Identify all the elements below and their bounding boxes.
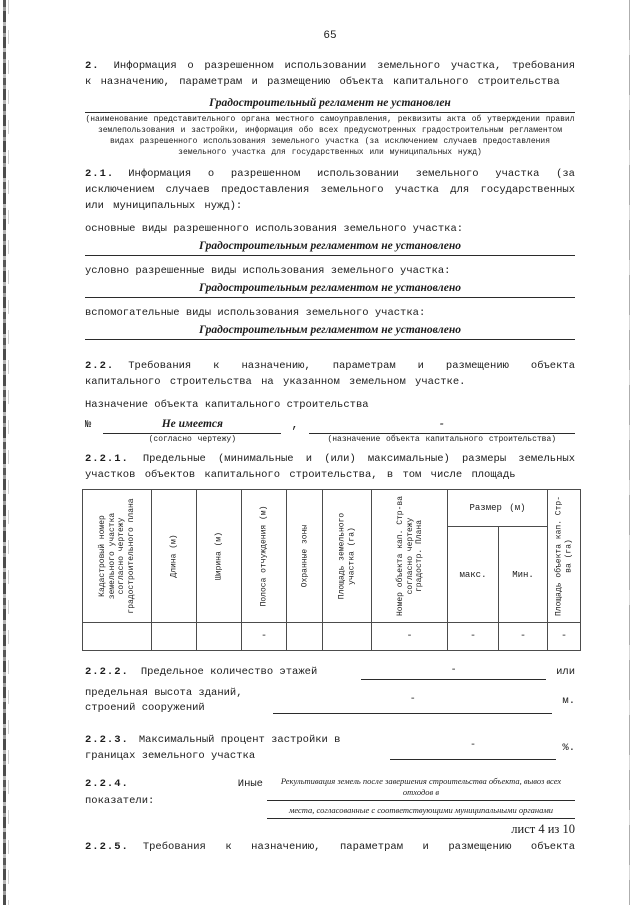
land-plot-limits-table: Кадастровый номер земельного участка сог… [82,489,581,651]
cell-object-area: - [548,623,581,651]
header-cadastre-number: Кадастровый номер земельного участка сог… [83,490,152,623]
height-value-field: - [273,686,552,714]
section-2-2-number: 2.2. [85,360,114,372]
use-value: Градостроительным регламентом не установ… [85,281,575,298]
section-2-number: 2. [85,60,100,72]
section-2-1-text: Информация о разрешенном использовании з… [85,168,575,212]
header-size-group: Размер (м) [448,490,548,527]
section-2-2-1-paragraph: 2.2.1.Предельные (минимальные и (или) ма… [85,451,575,483]
section-2-2-4-number: 2.2.4. [85,776,129,793]
section-2-2-1-number: 2.2.1. [85,453,129,465]
purpose-number-field: Не имеется (согласно чертежу) [103,417,281,445]
comma-separator: , [291,417,298,433]
header-length: Длина (м) [152,490,197,623]
storeys-label: Предельное количество этажей [141,664,317,680]
purpose-designation-value: - [309,417,575,434]
section-2-2-5-number: 2.2.5. [85,841,129,853]
section-2-text: Информация о разрешенном использовании з… [85,60,575,88]
cell-object-number: - [372,623,448,651]
section-2-2-2-line1: 2.2.2. Предельное количество этажей - ил… [85,663,575,680]
use-value: Градостроительным регламентом не установ… [85,239,575,256]
height-label: предельная высота зданий, строений соору… [85,686,273,716]
section-2-2-5-paragraph: 2.2.5.Требования к назначению, параметра… [85,839,575,855]
section-2-2-3-number: 2.2.3. [85,734,129,746]
scanned-document-page: 65 2.Информация о разрешенном использова… [0,0,640,905]
section-2-1-paragraph: 2.1.Информация о разрешенном использован… [85,166,575,214]
meters-unit: м. [562,695,575,707]
purpose-number-caption: (согласно чертежу) [103,434,281,445]
cell-cadastre [83,623,152,651]
use-label: основные виды разрешенного использования… [85,221,575,237]
section-2-1-number: 2.1. [85,168,114,180]
coverage-label: 2.2.3.Максимальный процент застройки в г… [85,732,368,764]
section-2-2-text: Требования к назначению, параметрам и ра… [85,360,575,388]
document-content: 65 2.Информация о разрешенном использова… [85,0,575,855]
header-size-max: макс. [448,527,499,623]
other-word: Иные [238,776,263,793]
section-2-2-4-row: 2.2.4. Иные показатели: Рекультивация зе… [85,776,575,819]
section-2-2-paragraph: 2.2.Требования к назначению, параметрам … [85,358,575,390]
purpose-number-value: Не имеется [103,417,281,434]
main-permitted-uses: основные виды разрешенного использования… [85,221,575,256]
other-indicators-value: Рекультивация земель после завершения ст… [267,776,575,819]
coverage-value-field: - [390,732,557,760]
cell-zones [287,623,323,651]
use-label: условно разрешенные виды использования з… [85,263,575,279]
number-sign: № [85,417,91,433]
scan-artifact-left-edge [3,0,6,905]
indicators-value-line2: места, согласованные с соответствующими … [267,803,575,819]
scan-artifact-right-edge [629,0,630,905]
cell-size-max: - [448,623,499,651]
indicators-value-line1: Рекультивация земель после завершения ст… [267,776,575,801]
header-land-area: Площадь земельного участка (га) [323,490,372,623]
cell-length [152,623,197,651]
header-protected-zones: Охранные зоны [287,490,323,623]
use-value: Градостроительным регламентом не установ… [85,323,575,340]
regulation-caption: (наименование представительного органа м… [85,114,575,158]
header-size-min: Мин. [499,527,548,623]
sheet-number-footer: лист 4 из 10 [85,821,575,837]
section-2-2-2-number: 2.2.2. [85,664,129,680]
section-2-2-2-line2: предельная высота зданий, строений соору… [85,686,575,716]
section-2-paragraph: 2.Информация о разрешенном использовании… [85,58,575,90]
page-number: 65 [85,30,575,42]
conditional-permitted-uses: условно разрешенные виды использования з… [85,263,575,298]
auxiliary-uses: вспомогательные виды использования земел… [85,305,575,340]
purpose-designation-caption: (назначение объекта капитального строите… [309,434,575,445]
cell-width [197,623,242,651]
purpose-label: Назначение объекта капитального строител… [85,397,575,413]
section-2-2-5-text: Требования к назначению, параметрам и ра… [143,841,575,853]
header-object-area: Площадь объекта кап. Стр-ва (га) [548,490,581,623]
storeys-value-field: - [361,663,546,680]
header-width: Ширина (м) [197,490,242,623]
cell-land-area [323,623,372,651]
cell-strip: - [242,623,287,651]
table-row: - - - - - [83,623,581,651]
section-2-2-1-text: Предельные (минимальные и (или) максимал… [85,453,575,481]
scan-artifact-left-edge-faint [8,0,9,905]
indicators-word: показатели: [85,793,263,810]
header-exclusion-strip: Полоса отчуждения (м) [242,490,287,623]
other-indicators-label: 2.2.4. Иные показатели: [85,776,263,819]
section-2-2-3-row: 2.2.3.Максимальный процент застройки в г… [85,732,575,764]
or-label: или [556,664,575,680]
purpose-entry-row: № Не имеется (согласно чертежу) , - (наз… [85,417,575,445]
regulation-status-value: Градостроительный регламент не установле… [85,96,575,113]
cell-size-min: - [499,623,548,651]
percent-unit: %. [562,742,575,754]
purpose-designation-field: - (назначение объекта капитального строи… [309,417,575,445]
header-object-number: Номер объекта кап. Стр-ва согласно черте… [372,490,448,623]
use-label: вспомогательные виды использования земел… [85,305,575,321]
